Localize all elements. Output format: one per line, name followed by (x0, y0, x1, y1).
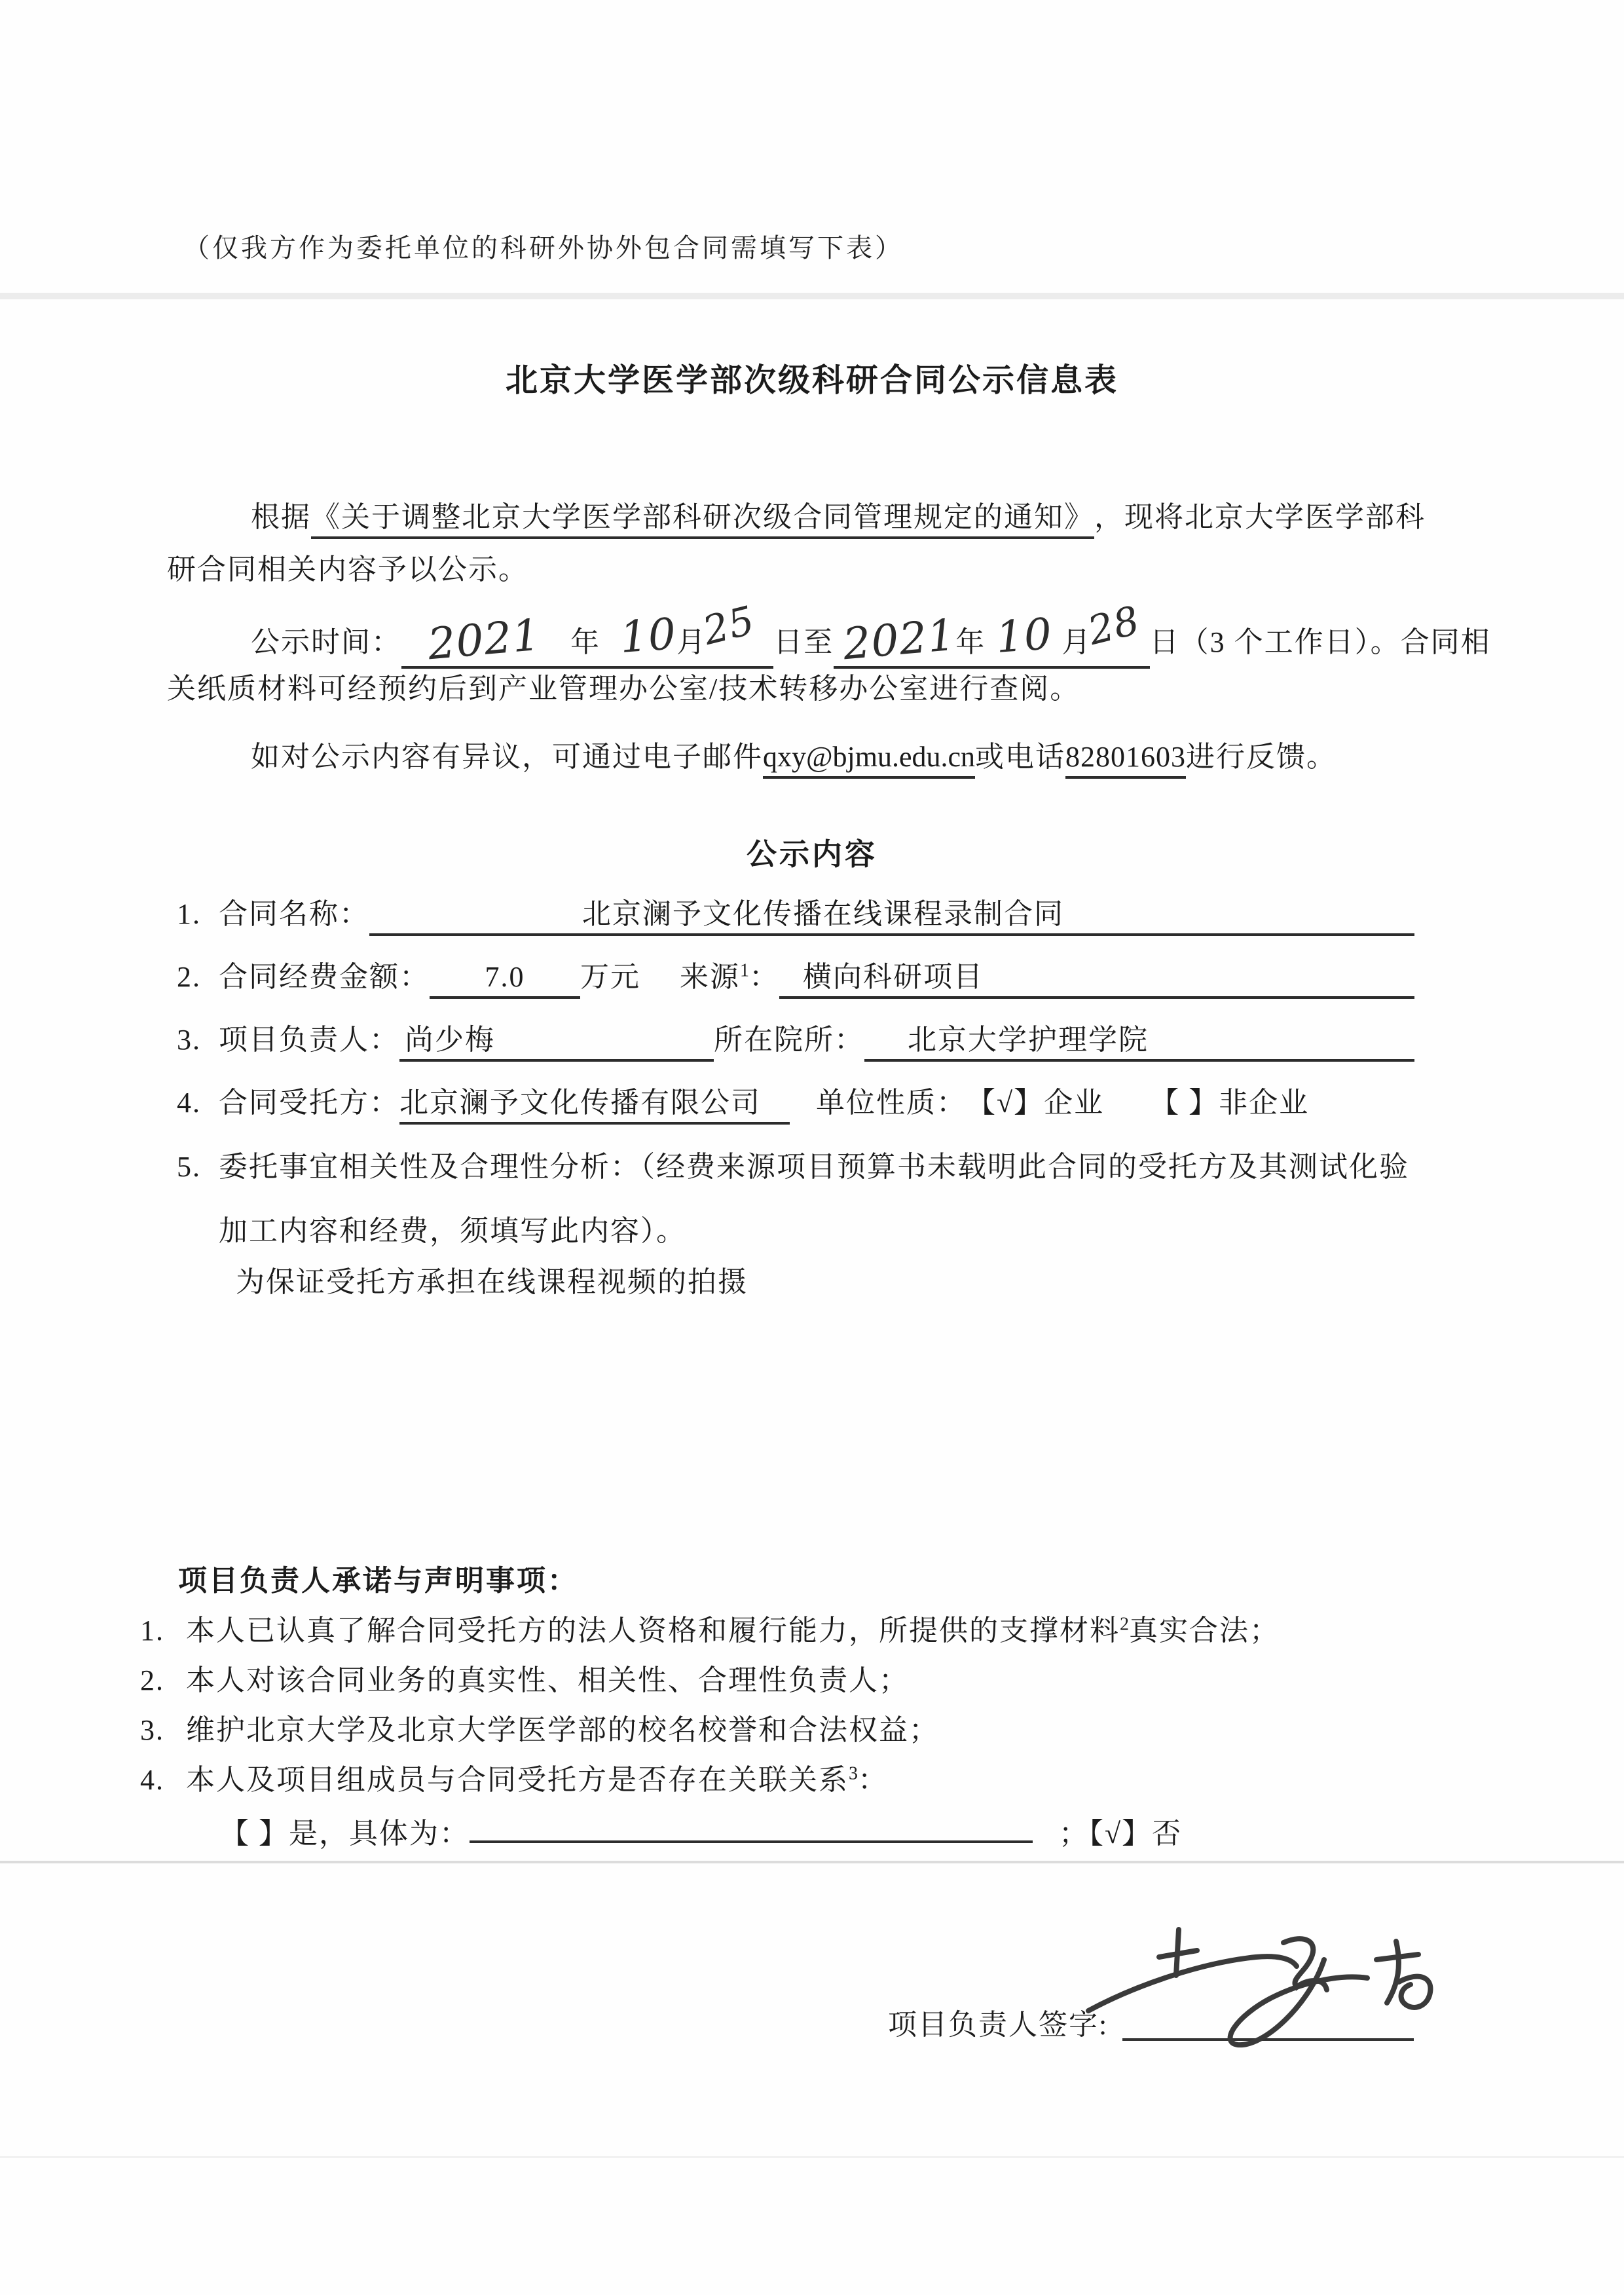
handwritten-start-day: 25 (697, 594, 760, 658)
analysis-line1: 委托事宜相关性及合理性分析：（经费来源项目预算书未载明此合同的受托方及其测试化验 (219, 1147, 1409, 1186)
commitment-text: 本人对该合同业务的真实性、相关性、合理性负责人； (186, 1661, 909, 1700)
commitment-text: 维护北京大学及北京大学医学部的校名校誉和合法权益； (186, 1711, 939, 1749)
signature-label: 项目负责人签字: (888, 2006, 1108, 2044)
source-label: 来源1： (680, 958, 779, 996)
item-number: 1. (140, 1611, 186, 1650)
dept-value: 北京大学护理学院 (864, 1020, 1149, 1059)
commitment-text-part: 真实合法； (1129, 1614, 1280, 1647)
signature-handwriting (1080, 1919, 1447, 2060)
dept-field: 北京大学护理学院 (864, 1020, 1414, 1062)
scan-artifact-line (0, 1861, 1624, 1863)
pi-label: 项目负责人： (219, 1020, 399, 1059)
relation-no-option: ；【√】否 (1059, 1814, 1182, 1853)
publicity-time-line2: 关纸质材料可经预约后到产业管理办公室/技术转移办公室进行查阅。 (167, 669, 1080, 708)
contract-name-field: 北京澜予文化传播在线课程录制合同 (369, 895, 1414, 936)
handwritten-start-month: 10 (618, 605, 678, 667)
item-number: 4. (177, 1083, 219, 1122)
commitment-text-part: 本人已认真了解合同受托方的法人资格和履行能力，所提供的支撑材料 (186, 1614, 1120, 1647)
commitment-item-2: 2. 本人对该合同业务的真实性、相关性、合理性负责人； (140, 1661, 909, 1700)
amount-field: 7.0 (430, 958, 580, 999)
footnote-sup: 2 (1120, 1614, 1129, 1634)
page-title: 北京大学医学部次级科研合同公示信息表 (506, 359, 1118, 402)
date-end-field: 2021 年 10 月 28 (834, 608, 1149, 669)
pi-name-value: 尚少梅 (399, 1020, 495, 1059)
item-number: 2. (177, 958, 219, 996)
contract-name-label: 合同名称： (219, 895, 369, 933)
intro-prefix: 根据 (251, 498, 311, 536)
notice-title-underlined: 《关于调整北京大学医学部科研次级合同管理规定的通知》 (311, 498, 1094, 539)
unit-day2: 日 (1150, 623, 1180, 662)
contract-amount-row: 2. 合同经费金额： 7.0 万元 来源1： 横向科研项目 (177, 958, 1414, 999)
intro-paragraph-line2: 研合同相关内容予以公示。 (167, 550, 528, 589)
pi-name-field: 尚少梅 (399, 1020, 714, 1062)
commitment-heading-row: 项目负责人承诺与声明事项： (178, 1561, 578, 1600)
source-footnote-sup: 1 (740, 960, 749, 980)
contract-name-value: 北京澜予文化传播在线课程录制合同 (582, 895, 1202, 933)
feedback-suffix: 进行反馈。 (1186, 737, 1337, 776)
handwritten-end-month: 10 (994, 605, 1054, 667)
unit-year2: 年 (955, 623, 986, 662)
source-value: 横向科研项目 (779, 958, 984, 996)
scan-artifact-line (0, 2156, 1624, 2158)
analysis-row-line1: 5. 委托事宜相关性及合理性分析：（经费来源项目预算书未载明此合同的受托方及其测… (177, 1147, 1409, 1186)
amount-value: 7.0 (485, 961, 525, 993)
feedback-prefix: 如对公示内容有异议，可通过电子邮件 (251, 737, 763, 776)
feedback-middle: 或电话 (975, 737, 1065, 776)
handwritten-end-day: 28 (1083, 594, 1146, 658)
signature-label-row: 项目负责人签字: (888, 2006, 1108, 2044)
intro-line2: 研合同相关内容予以公示。 (167, 550, 528, 589)
feedback-email: qxy@bjmu.edu.cn (763, 737, 975, 779)
content-heading: 公示内容 (747, 834, 877, 875)
analysis-line3: 为保证受托方承担在线课程视频的拍摄 (236, 1263, 748, 1301)
scan-artifact-line (0, 293, 1624, 299)
doc-title-row: 北京大学医学部次级科研合同公示信息表 (0, 359, 1624, 402)
publicity-time-line2-text: 关纸质材料可经预约后到产业管理办公室/技术转移办公室进行查阅。 (167, 669, 1080, 708)
commitment-text-part: ： (858, 1764, 888, 1796)
content-heading-row: 公示内容 (0, 834, 1624, 875)
commitment-item-4: 4. 本人及项目组成员与合同受托方是否存在关联关系3： (140, 1761, 888, 1799)
nature-label: 单位性质： (816, 1083, 967, 1122)
dept-label: 所在院所： (714, 1020, 864, 1059)
commitment-text: 本人及项目组成员与合同受托方是否存在关联关系3： (186, 1761, 888, 1799)
relation-row: 【 】是，具体为： ；【√】否 (220, 1806, 1182, 1853)
publicity-time-row: 公示时间： 2021 年 10 月 25 日至 2021 年 10 月 28 日… (167, 608, 1491, 669)
source-label-text: 来源 (680, 961, 740, 993)
intro-paragraph-line1: 根据 《关于调整北京大学医学部科研次级合同管理规定的通知》 ，现将北京大学医学部… (167, 498, 1426, 539)
pi-row: 3. 项目负责人： 尚少梅 所在院所： 北京大学护理学院 (177, 1020, 1414, 1062)
contract-amount-label: 合同经费金额： (219, 958, 430, 996)
page-note-text: （仅我方作为委托单位的科研外协外包合同需填写下表） (183, 231, 904, 266)
feedback-phone: 82801603 (1065, 737, 1186, 779)
item-number: 2. (140, 1661, 186, 1700)
footnote-sup: 3 (849, 1763, 858, 1783)
checkbox-enterprise: 【√】企业 (967, 1083, 1104, 1122)
source-colon: ： (749, 961, 779, 993)
unit-year: 年 (570, 623, 600, 662)
commitment-text: 本人已认真了解合同受托方的法人资格和履行能力，所提供的支撑材料2真实合法； (186, 1611, 1280, 1650)
trustee-value: 北京澜予文化传播有限公司 (399, 1083, 790, 1122)
analysis-line2: 加工内容和经费，须填写此内容）。 (219, 1212, 686, 1250)
item-number: 3. (177, 1020, 219, 1059)
scanned-document-page: （仅我方作为委托单位的科研外协外包合同需填写下表） 北京大学医学部次级科研合同公… (0, 0, 1624, 2295)
unit-day-to: 日至 (773, 623, 834, 662)
unit-month2: 月 (1061, 623, 1092, 662)
handwritten-start-year: 2021 (426, 606, 543, 674)
source-field: 横向科研项目 (779, 958, 1414, 999)
publicity-time-suffix: （3 个工作日）。合同相 (1180, 623, 1491, 662)
analysis-row-line3: 为保证受托方承担在线课程视频的拍摄 (236, 1263, 748, 1301)
commitment-item-3: 3. 维护北京大学及北京大学医学部的校名校誉和合法权益； (140, 1711, 939, 1749)
item-number: 1. (177, 895, 219, 933)
intro-suffix: ，现将北京大学医学部科 (1094, 498, 1426, 536)
commitment-heading: 项目负责人承诺与声明事项： (178, 1561, 578, 1600)
item-number: 4. (140, 1761, 186, 1799)
contract-name-row: 1. 合同名称： 北京澜予文化传播在线课程录制合同 (177, 895, 1414, 936)
unit-month: 月 (676, 623, 707, 662)
commitment-item-1: 1. 本人已认真了解合同受托方的法人资格和履行能力，所提供的支撑材料2真实合法； (140, 1611, 1280, 1650)
commitment-text-part: 本人及项目组成员与合同受托方是否存在关联关系 (186, 1764, 849, 1796)
publicity-time-label: 公示时间： (251, 623, 401, 662)
trustee-row: 4. 合同受托方： 北京澜予文化传播有限公司 单位性质： 【√】企业 【 】非企… (177, 1083, 1309, 1125)
checkbox-non-enterprise: 【 】非企业 (1150, 1083, 1309, 1122)
item-number: 3. (140, 1711, 186, 1749)
trustee-label: 合同受托方： (219, 1083, 399, 1122)
relation-blank-field (470, 1806, 1033, 1843)
date-start-field: 2021 年 10 月 25 (401, 608, 773, 669)
amount-unit: 万元 (580, 958, 640, 996)
feedback-row: 如对公示内容有异议，可通过电子邮件 qxy@bjmu.edu.cn 或电话 82… (167, 737, 1337, 779)
trustee-field: 北京澜予文化传播有限公司 (399, 1083, 790, 1125)
item-number: 5. (177, 1147, 219, 1186)
relation-yes-option: 【 】是，具体为： (220, 1814, 470, 1853)
analysis-row-line2: 加工内容和经费，须填写此内容）。 (219, 1212, 686, 1250)
page-note: （仅我方作为委托单位的科研外协外包合同需填写下表） (183, 231, 904, 266)
handwritten-end-year: 2021 (841, 606, 958, 674)
